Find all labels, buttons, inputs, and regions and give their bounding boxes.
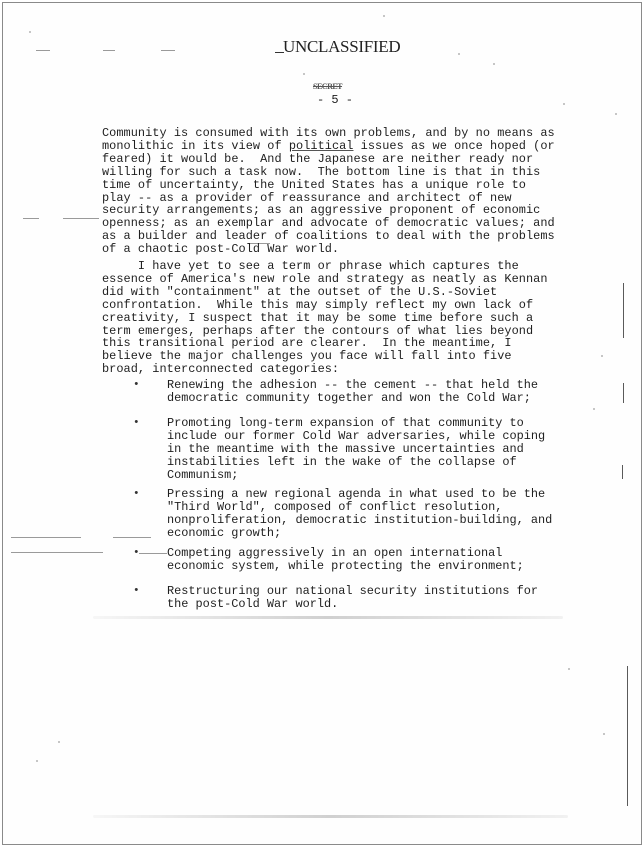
text-line: I have yet to see a term or phrase which… — [102, 259, 519, 273]
list-item-text: Renewing the adhesion -- the cement -- t… — [167, 379, 538, 405]
bullet-icon: • — [133, 585, 140, 597]
margin-mark — [627, 666, 628, 806]
text-line: as a builder and leader of coalitions to… — [102, 229, 555, 243]
speck — [383, 15, 385, 17]
margin-mark — [623, 383, 624, 403]
text-line: willing for such a task now. The bottom … — [102, 165, 540, 179]
bullet-icon: • — [133, 379, 140, 391]
scan-artifact — [36, 50, 50, 51]
text-line: broad, interconnected categories: — [102, 362, 339, 376]
struck-classification-marking: SECRET — [313, 82, 342, 91]
text-line: creativity, I suspect that it may be som… — [102, 311, 533, 325]
text-line: issues as we once hoped (or — [354, 139, 555, 153]
speck — [493, 63, 495, 65]
speck — [601, 355, 603, 357]
text-line: confrontation. While this may simply ref… — [102, 298, 533, 312]
bullet-icon: • — [133, 488, 140, 500]
text-line: monolithic in its view of — [102, 139, 289, 153]
scan-smear — [93, 616, 563, 619]
margin-mark — [622, 465, 623, 479]
text-line: security arrangements; as an aggressive … — [102, 203, 540, 217]
classification-header: UNCLASSIFIED — [283, 37, 400, 57]
text-line: essence of America's new role and strate… — [102, 272, 548, 286]
text-line: feared) it would be. And the Japanese ar… — [102, 152, 533, 166]
scan-artifact — [23, 218, 39, 219]
text-line: play -- as a provider of reassurance and… — [102, 191, 512, 205]
speck — [36, 760, 38, 762]
list-item-text: Promoting long-term expansion of that co… — [167, 417, 545, 482]
list-item-text: Pressing a new regional agenda in what u… — [167, 488, 552, 540]
paragraph-1: Community is consumed with its own probl… — [102, 127, 555, 256]
bullet-icon: • — [133, 417, 140, 429]
speck — [603, 733, 605, 735]
scan-artifact — [113, 537, 151, 538]
text-line: of a chaotic post-Cold War world. — [102, 242, 339, 256]
scan-smear — [93, 815, 568, 818]
scan-artifact — [139, 553, 167, 554]
speck — [29, 31, 31, 33]
bullet-icon: • — [133, 547, 140, 559]
list-item-text: Restructuring our national security inst… — [167, 585, 538, 611]
margin-mark — [623, 283, 624, 338]
scan-artifact — [63, 218, 99, 219]
speck — [568, 668, 570, 670]
text-line: believe the major challenges you face wi… — [102, 349, 512, 363]
underlined-word: political — [289, 139, 354, 153]
text-line: did with "containment" at the outset of … — [102, 285, 497, 299]
speck — [303, 73, 305, 75]
text-line: openness; as an exemplar and advocate of… — [102, 216, 555, 230]
speck — [593, 408, 595, 410]
text-line: Community is consumed with its own probl… — [102, 126, 555, 140]
text-line: this transitional period are clearer. In… — [102, 336, 512, 350]
page-number: - 5 - — [317, 93, 353, 107]
scan-artifact — [103, 50, 115, 51]
speck — [458, 53, 460, 55]
list-item-text: Competing aggressively in an open intern… — [167, 547, 524, 573]
paragraph-2: I have yet to see a term or phrase which… — [102, 260, 548, 376]
text-line: time of uncertainty, the United States h… — [102, 178, 526, 192]
text-line: term emerges, perhaps after the contours… — [102, 324, 533, 338]
speck — [615, 113, 617, 115]
speck — [563, 103, 565, 105]
scan-artifact — [11, 537, 81, 538]
scan-artifact — [161, 50, 175, 51]
scanned-document-page: UNCLASSIFIED SECRET - 5 - Community is c… — [2, 2, 642, 845]
scan-artifact — [11, 552, 103, 553]
speck — [58, 741, 60, 743]
